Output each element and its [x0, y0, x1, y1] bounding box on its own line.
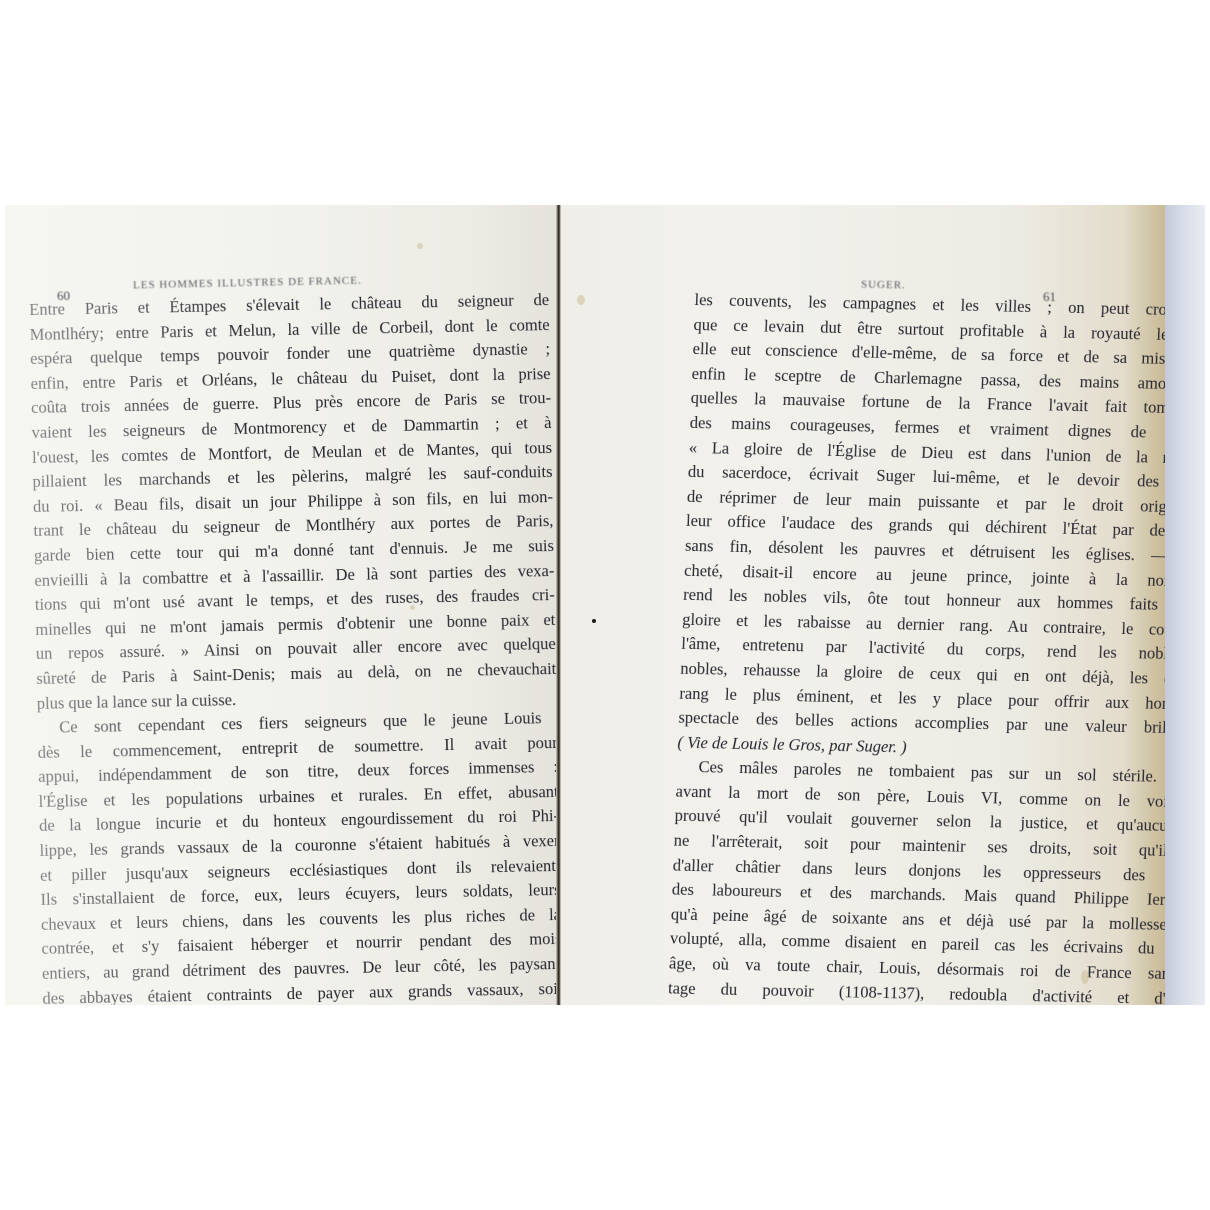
right-page-text: les couvents, les campagnes et les ville…	[663, 288, 1165, 1005]
background-surface	[1165, 205, 1205, 1005]
left-page: 60 LES HOMMES ILLUSTRES DE FRANCE. Entre…	[5, 205, 558, 1005]
left-page-text: Entre Paris et Étampes s'élevait le chât…	[29, 288, 558, 1005]
paper-stain	[1081, 970, 1089, 984]
right-page: SUGER. 61 les couvents, les campagnes et…	[561, 205, 1165, 1005]
paper-stain	[577, 295, 585, 305]
book-photo: 60 LES HOMMES ILLUSTRES DE FRANCE. Entre…	[5, 205, 1205, 1005]
paper-stain	[417, 243, 423, 249]
running-head-left: LES HOMMES ILLUSTRES DE FRANCE.	[133, 275, 362, 292]
running-head-right: SUGER.	[861, 279, 906, 292]
paper-speck	[592, 619, 596, 623]
paper-stain	[410, 605, 415, 610]
